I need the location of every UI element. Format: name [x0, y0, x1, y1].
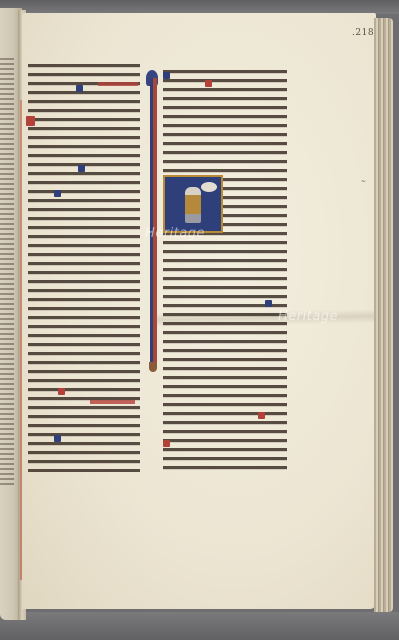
rubric-psalmus-david [90, 400, 135, 404]
blue-initial [265, 300, 272, 307]
watermark: Heritage [278, 309, 338, 324]
blue-initial [54, 190, 61, 197]
blue-initial [78, 165, 85, 172]
text-lines [28, 64, 140, 472]
photo-background-top [0, 0, 399, 14]
text-column-right [163, 70, 287, 470]
red-initial [205, 80, 212, 87]
photo-background-bottom [0, 612, 399, 640]
fore-edge-pages [374, 18, 393, 612]
text-lines [163, 70, 287, 470]
initial-flourish-foot [149, 362, 157, 372]
red-initial [163, 440, 170, 447]
watermark: Heritage [145, 226, 205, 241]
blue-initial [54, 435, 61, 442]
blue-initial [163, 72, 170, 79]
kneeling-figure [185, 187, 201, 223]
red-initial [258, 412, 265, 419]
initial-stem-bar [150, 78, 157, 368]
marginal-note: ~ [361, 178, 366, 185]
blue-initial [76, 85, 83, 92]
text-column-left [28, 64, 140, 472]
facing-page-text [0, 58, 14, 488]
historiated-initial-d [163, 175, 223, 233]
rubric-line [98, 82, 138, 86]
red-initial [26, 116, 35, 126]
angel-figure [201, 182, 217, 192]
red-initial [58, 388, 65, 395]
folio-number: .218 [352, 28, 374, 38]
